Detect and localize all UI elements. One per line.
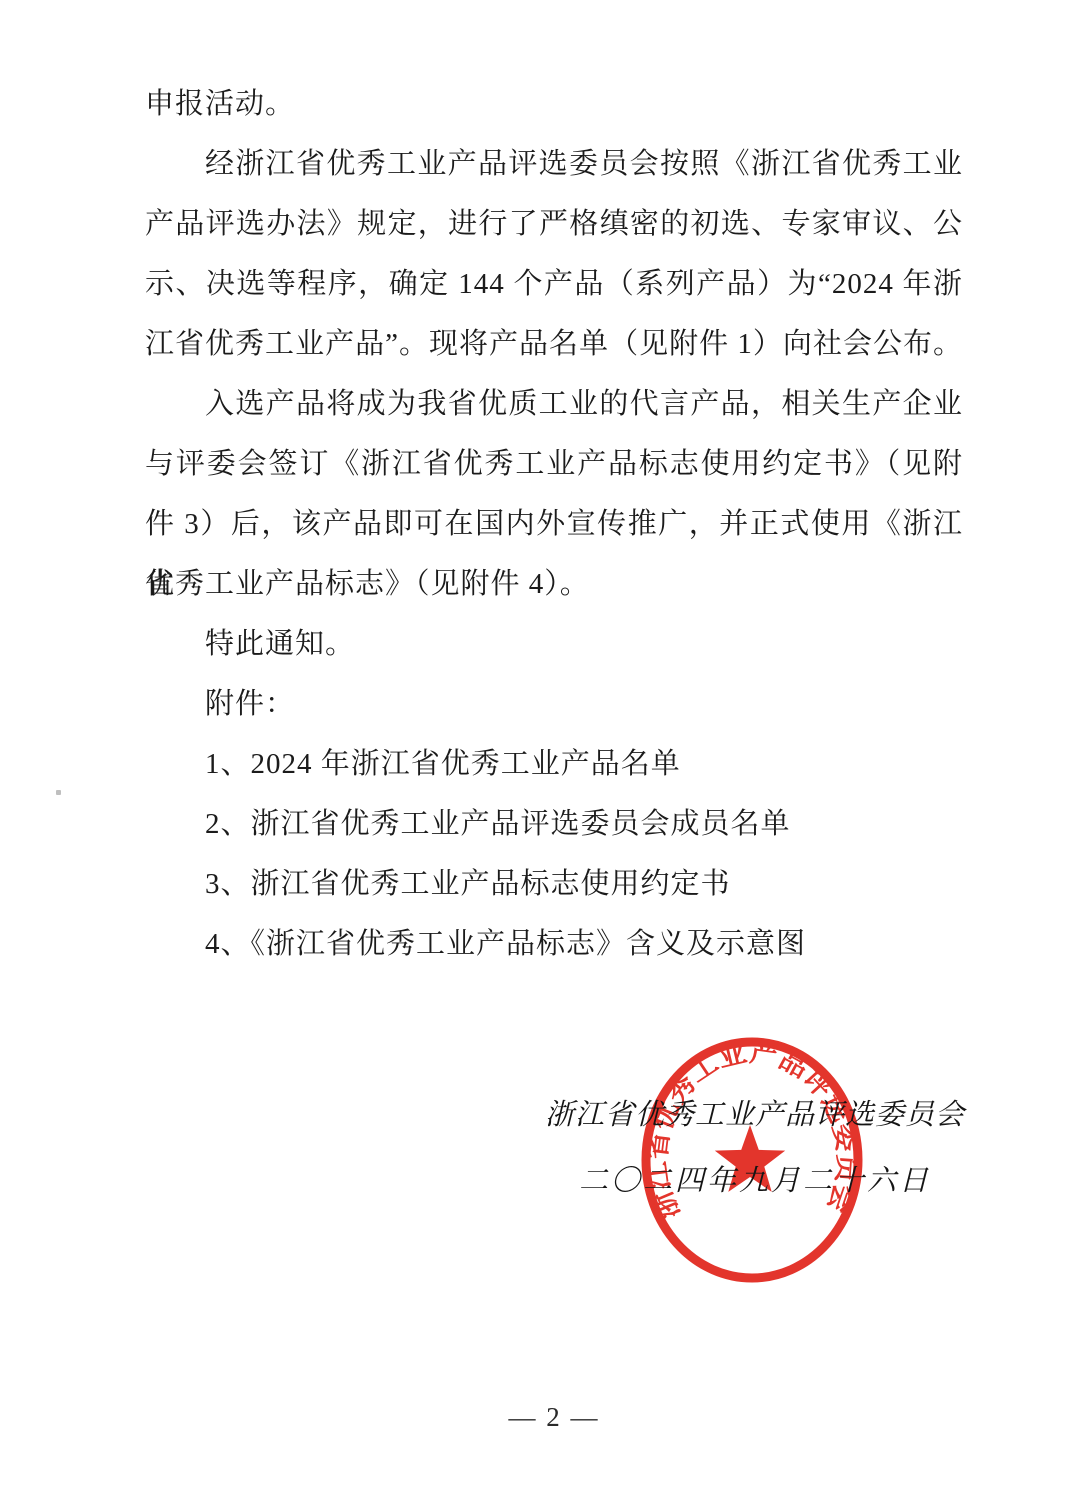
document-line: 2、浙江省优秀工业产品评选委员会成员名单 — [145, 794, 963, 854]
document-line: 入选产品将成为我省优质工业的代言产品，相关生产企业 — [145, 374, 963, 434]
document-line: 1、2024 年浙江省优秀工业产品名单 — [145, 734, 963, 794]
document-line: 特此通知。 — [145, 614, 963, 674]
scan-speck — [56, 790, 61, 795]
document-line: 附件： — [145, 674, 963, 734]
document-line: 4、《浙江省优秀工业产品标志》含义及示意图 — [145, 914, 963, 974]
signature-organization: 浙江省优秀工业产品评选委员会 — [540, 1094, 970, 1136]
document-line: 产品评选办法》规定，进行了严格缜密的初选、专家审议、公 — [145, 194, 963, 254]
document-line: 与评委会签订《浙江省优秀工业产品标志使用约定书》（见附 — [145, 434, 963, 494]
document-line: 3、浙江省优秀工业产品标志使用约定书 — [145, 854, 963, 914]
document-line: 经浙江省优秀工业产品评选委员会按照《浙江省优秀工业 — [145, 134, 963, 194]
page-number: — 2 — — [0, 1402, 1080, 1433]
signature-block: 浙江省优秀工业产品评选委员会 二〇二四年九月二十六日 — [540, 1094, 970, 1200]
document-line: 示、决选等程序，确定 144 个产品（系列产品）为“2024 年浙 — [145, 254, 963, 314]
document-line: 件 3）后，该产品即可在国内外宣传推广，并正式使用《浙江省 — [145, 494, 963, 554]
signature-date: 二〇二四年九月二十六日 — [540, 1162, 970, 1200]
document-line: 江省优秀工业产品”。现将产品名单（见附件 1）向社会公布。 — [145, 314, 963, 374]
document-page: 申报活动。经浙江省优秀工业产品评选委员会按照《浙江省优秀工业产品评选办法》规定，… — [0, 0, 1080, 1510]
document-line: 优秀工业产品标志》（见附件 4）。 — [145, 554, 963, 614]
document-body: 申报活动。经浙江省优秀工业产品评选委员会按照《浙江省优秀工业产品评选办法》规定，… — [145, 74, 963, 974]
document-line: 申报活动。 — [145, 74, 963, 134]
